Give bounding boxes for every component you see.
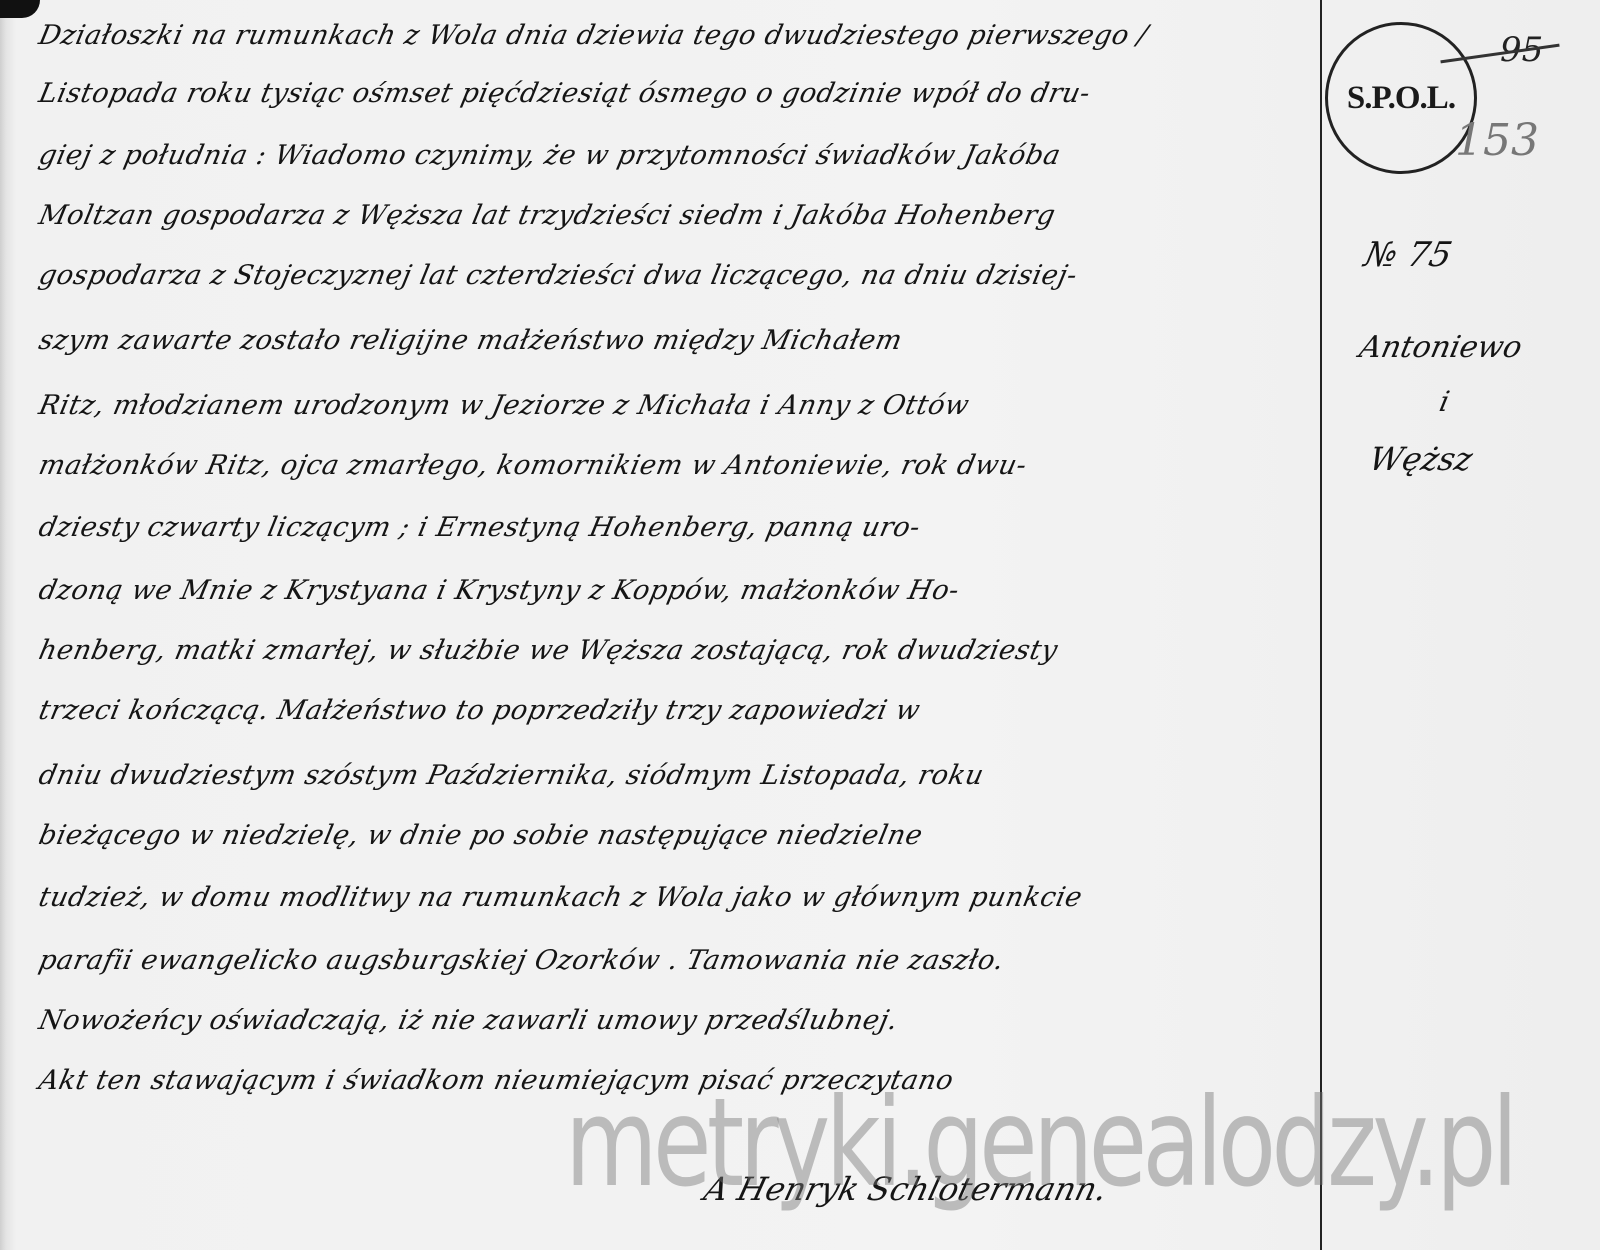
text-line: Działoszki na rumunkach z Wola dnia dzie…	[36, 20, 1151, 51]
folio-number-new: 153	[1455, 115, 1539, 166]
text-line: Ritz, młodzianem urodzonym w Jeziorze z …	[36, 390, 972, 421]
text-line: tudzież, w domu modlitwy na rumunkach z …	[36, 882, 1085, 913]
text-line: Akt ten stawającym i świadkom nieumiejąc…	[36, 1065, 957, 1096]
text-line: dziesty czwarty liczącym ; i Ernestyną H…	[36, 512, 923, 543]
official-signature: A Henryk Schlotermann.	[700, 1170, 1111, 1208]
margin-place-2: Węższ	[1366, 440, 1476, 478]
text-line: bieżącego w niedzielę, w dnie po sobie n…	[36, 820, 926, 851]
margin-conjunction: i	[1436, 385, 1452, 418]
text-line: Moltzan gospodarza z Węższa lat trzydzie…	[36, 200, 1058, 231]
text-line: parafii ewangelicko augsburgskiej Ozorkó…	[36, 945, 1007, 976]
document-page: Działoszki na rumunkach z Wola dnia dzie…	[0, 0, 1600, 1250]
text-line: gospodarza z Stojeczyznej lat czterdzieś…	[36, 260, 1080, 291]
entry-number: № 75	[1361, 235, 1456, 275]
text-line: giej z południa : Wiadomo czynimy, że w …	[36, 140, 1064, 171]
text-line: Listopada roku tysiąc ośmset pięćdziesią…	[36, 78, 1093, 109]
text-line: Nowożeńcy oświadczają, iż nie zawarli um…	[36, 1005, 901, 1036]
margin-place: Antoniewo	[1356, 330, 1525, 365]
stamp-text: S.P.O.L.	[1347, 80, 1455, 117]
text-line: szym zawarte zostało religijne małżeństw…	[36, 325, 905, 356]
text-line: dzoną we Mnie z Krystyana i Krystyny z K…	[36, 575, 962, 606]
text-line: henberg, matki zmarłej, w służbie we Węż…	[36, 635, 1061, 666]
margin-rule-divider	[1320, 0, 1322, 1250]
text-line: dniu dwudziestym szóstym Października, s…	[36, 760, 987, 791]
text-line: małżonków Ritz, ojca zmarłego, komorniki…	[36, 450, 1030, 481]
text-line: trzeci kończącą. Małżeństwo to poprzedzi…	[36, 695, 923, 726]
